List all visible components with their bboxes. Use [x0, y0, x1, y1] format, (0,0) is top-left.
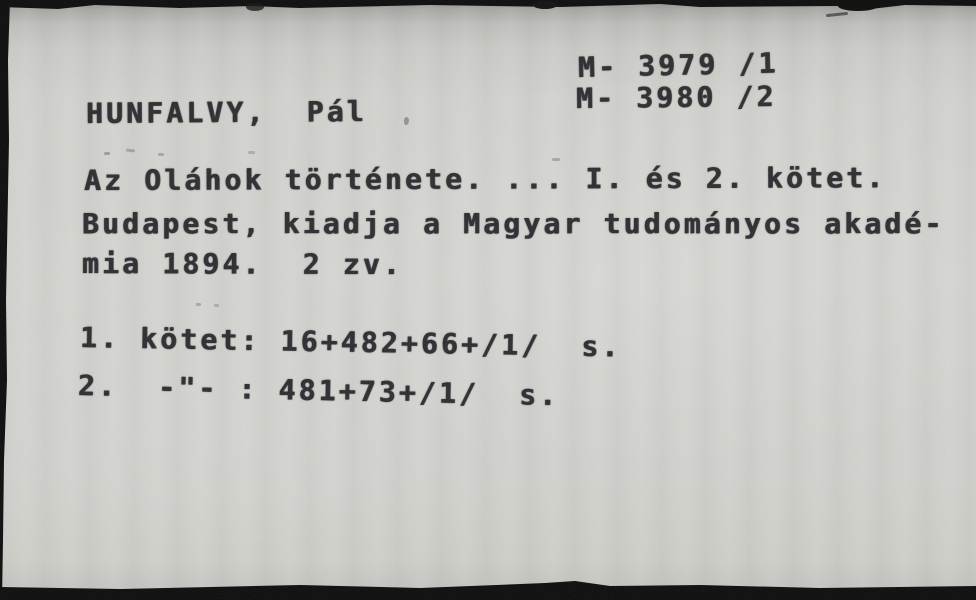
author-heading: HUNFALVY, Pál — [86, 95, 367, 131]
scan-edge-blob — [246, 3, 264, 11]
title-line-2: Budapest, kiadja a Magyar tudományos aka… — [82, 207, 944, 241]
registration-number-2: M- 3980 /2 — [576, 80, 777, 116]
scan-speck — [126, 148, 135, 152]
scan-grain-overlay — [0, 0, 976, 600]
scan-speck — [552, 158, 560, 161]
catalog-card: M- 3979 /1 M- 3980 /2 HUNFALVY, Pál Az O… — [0, 0, 976, 600]
scan-smudge-dash — [826, 12, 848, 17]
title-line-3: mia 1894. 2 zv. — [82, 247, 403, 282]
collation-line-2: 2. -"- : 481+73+/1/ s. — [78, 369, 560, 413]
scan-speck — [158, 153, 164, 156]
scan-speck — [104, 152, 110, 155]
scan-edge-left — [0, 0, 10, 600]
title-line-1: Az Oláhok története. ... I. és 2. kötet. — [84, 161, 886, 198]
scan-smudge-comma — [404, 117, 409, 125]
scan-edge-blob — [533, 1, 557, 9]
scan-edge-bottom — [0, 581, 976, 600]
scan-edge-artifacts — [0, 0, 976, 600]
collation-line-1: 1. kötet: 16+482+66+/1/ s. — [80, 321, 622, 364]
scan-speck — [214, 304, 219, 307]
scan-edge-blob — [838, 1, 878, 11]
scan-edge-top — [0, 0, 976, 10]
scan-speck — [196, 303, 201, 306]
scan-speck — [248, 151, 255, 154]
paper-texture-banding — [0, 0, 976, 600]
